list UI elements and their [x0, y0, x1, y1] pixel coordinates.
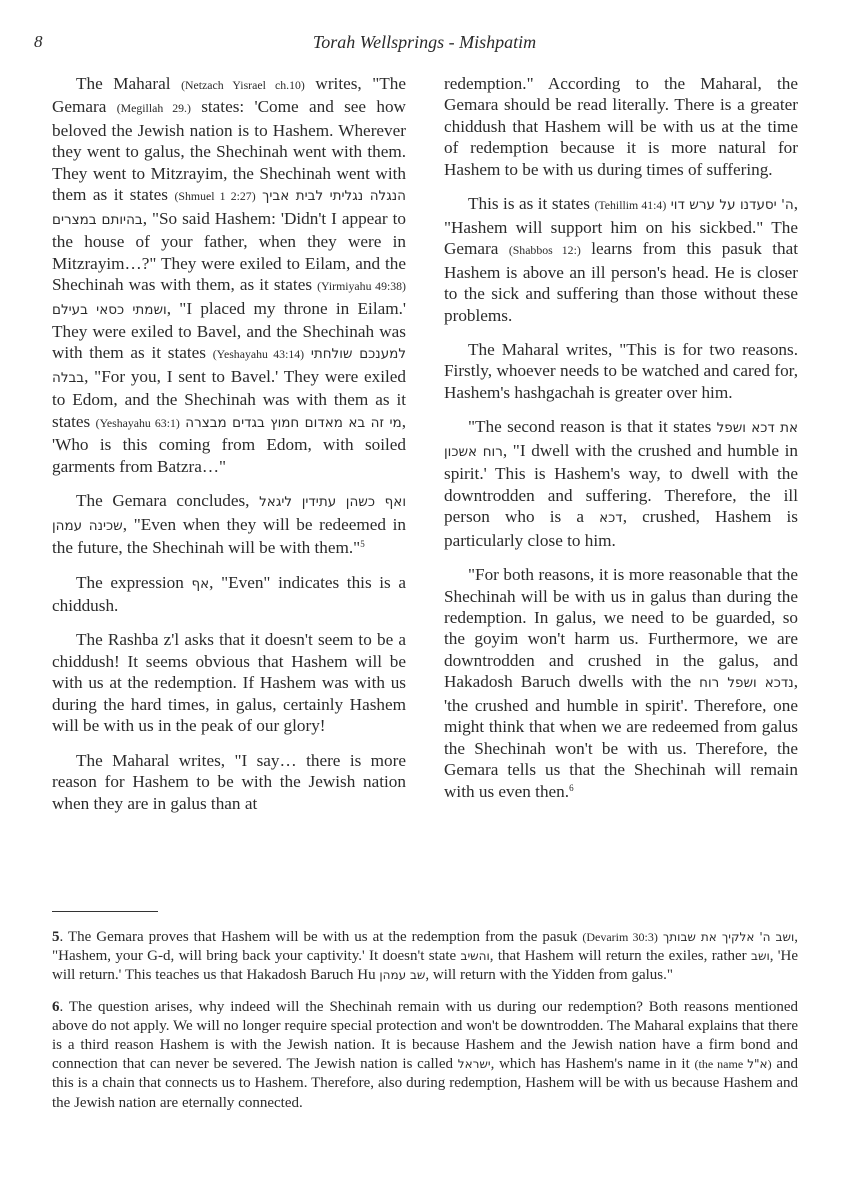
source-reference: (the name א"ל) — [695, 1057, 772, 1071]
footnote-6: 6. The question arises, why indeed will … — [52, 998, 798, 1113]
text: (the name — [695, 1057, 748, 1071]
right-column: redemption." According to the Maharal, t… — [444, 73, 798, 815]
source-reference: (Yeshayahu 43:14) — [213, 347, 304, 361]
hebrew-word: והשיב — [461, 949, 490, 963]
footnote-marker[interactable]: 5 — [360, 539, 365, 549]
source-reference: (Yeshayahu 63:1) — [96, 416, 180, 430]
paragraph: This is as it states (Tehillim 41:4) ה' … — [444, 193, 798, 326]
source-reference: (Shmuel 1 2:27) — [175, 189, 256, 203]
hebrew-quote: נדכא ושפל רוח — [699, 675, 794, 691]
source-reference: (Devarim 30:3) — [582, 930, 658, 944]
text: The Maharal — [76, 74, 181, 93]
hebrew-quote: מי זה בא מאדום חמוץ בגדים מבצרה — [185, 415, 401, 431]
source-reference: (Megillah 29.) — [117, 101, 191, 115]
hebrew-word: שב עמהן — [379, 968, 425, 982]
source-reference: (Yirmiyahu 49:38) — [317, 279, 406, 293]
hebrew-word: ישראל — [458, 1057, 491, 1071]
paragraph: "For both reasons, it is more reasonable… — [444, 564, 798, 802]
paragraph: The Gemara concludes, ואף כשהן עתידין לי… — [52, 490, 406, 558]
text: , which has Hashem's name in it — [491, 1056, 695, 1072]
page-header: 8 Torah Wellsprings - Mishpatim — [0, 32, 849, 58]
text: The expression — [76, 573, 192, 592]
footnote-number: 5 — [52, 929, 60, 945]
text: , 'the crushed and humble in spirit'. Th… — [444, 672, 798, 800]
text: , that Hashem will return the exiles, ra… — [490, 948, 751, 964]
paragraph-continued: redemption." According to the Maharal, t… — [444, 73, 798, 180]
source-reference: (Netzach Yisrael ch.10) — [181, 78, 305, 92]
hebrew-word: אף — [192, 576, 210, 592]
hebrew-quote: ושמתי כסאי בעילם — [52, 302, 167, 318]
hebrew-quote: ה' יסעדנו על ערש דוי — [671, 197, 794, 213]
paragraph: The Rashba z'l asks that it doesn't seem… — [52, 629, 406, 736]
text: "The second reason is that it states — [468, 417, 717, 436]
footnote-number: 6 — [52, 999, 60, 1015]
text: This is as it states — [468, 194, 594, 213]
hebrew-word: א"ל — [747, 1057, 767, 1071]
paragraph: The Maharal writes, "This is for two rea… — [444, 339, 798, 403]
footnote-5: 5. The Gemara proves that Hashem will be… — [52, 928, 798, 986]
paragraph: The Maharal writes, "I say… there is mor… — [52, 750, 406, 814]
paragraph: "The second reason is that it states את … — [444, 416, 798, 551]
paragraph: The Maharal (Netzach Yisrael ch.10) writ… — [52, 73, 406, 477]
footnote-separator — [52, 911, 158, 912]
hebrew-word: ושב — [751, 949, 770, 963]
text: , will return with the Yidden from galus… — [425, 967, 673, 983]
paragraph: The expression אף, "Even" indicates this… — [52, 572, 406, 617]
footnote-marker[interactable]: 6 — [569, 783, 574, 793]
hebrew-quote: ושב ה' אלקיך את שבותך — [663, 930, 794, 944]
source-reference: (Shabbos 12:) — [509, 243, 581, 257]
text: "For both reasons, it is more reasonable… — [444, 565, 798, 691]
text: The Gemara concludes, — [76, 491, 259, 510]
left-column: The Maharal (Netzach Yisrael ch.10) writ… — [52, 73, 406, 827]
hebrew-word: דכא — [599, 510, 623, 526]
running-title: Torah Wellsprings - Mishpatim — [0, 32, 849, 53]
source-reference: (Tehillim 41:4) — [594, 198, 666, 212]
text: . The Gemara proves that Hashem will be … — [60, 929, 583, 945]
footnotes: 5. The Gemara proves that Hashem will be… — [52, 928, 798, 1125]
